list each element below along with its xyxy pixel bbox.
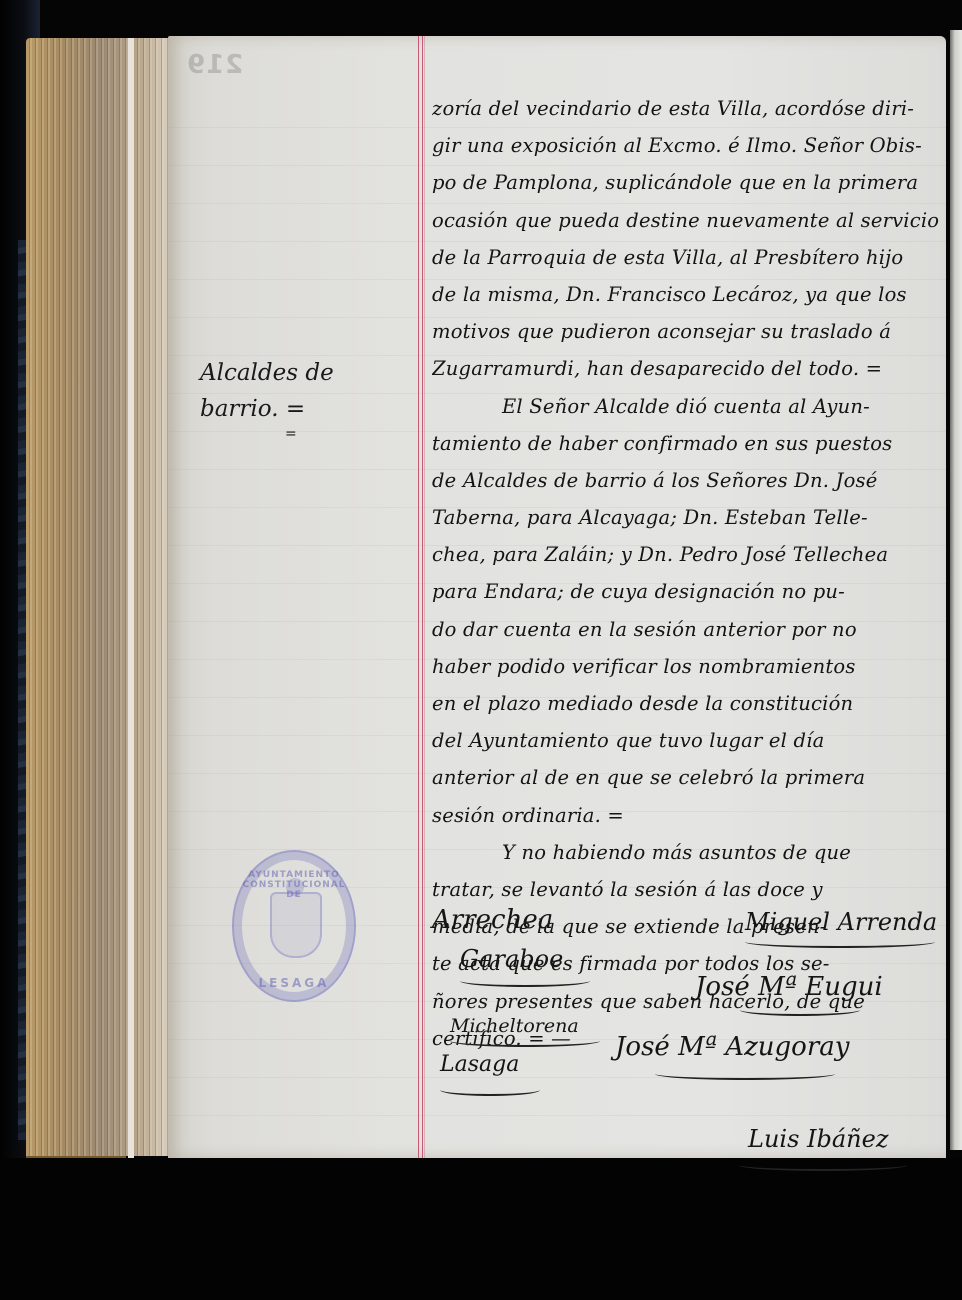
text-line-paragraph-start: Y no habiendo más asuntos de que [432, 834, 952, 871]
red-margin-rule-inner [424, 36, 425, 1158]
text-line-paragraph-start: El Señor Alcalde dió cuenta al Ayun- [432, 388, 952, 425]
text-line: tamiento de haber confirmado en sus pues… [432, 425, 952, 462]
text-line: motivos que pudieron aconsejar su trasla… [432, 313, 952, 350]
signature: Lasaga [440, 1052, 519, 1077]
signature-name: Lasaga [440, 1052, 519, 1077]
signature: Micheltorena [450, 1015, 579, 1037]
text-line: de la misma, Dn. Francisco Lecároz, ya q… [432, 276, 952, 313]
page-number-bleedthrough: 219 [186, 50, 243, 80]
text-line: de Alcaldes de barrio á los Señores Dn. … [432, 462, 952, 499]
margin-note-mark: = [200, 427, 410, 441]
text-line: anterior al de en que se celebró la prim… [432, 759, 952, 796]
signature-flourish [745, 936, 935, 948]
signature-flourish [740, 1004, 860, 1016]
text-line: po de Pamplona, suplicándole que en la p… [432, 164, 952, 201]
signature: Arrechea [432, 905, 553, 935]
text-line: haber podido verificar los nombramientos [432, 648, 952, 685]
page-edges-stack [26, 38, 168, 1156]
signature-flourish [450, 1035, 600, 1047]
text-line: chea, para Zaláin; y Dn. Pedro José Tell… [432, 536, 952, 573]
municipal-seal-stamp: AYUNTAMIENTO CONSTITUCIONAL DE LESAGA [232, 850, 356, 1002]
signature: Luis Ibáñez [748, 1125, 888, 1153]
signature-name: Micheltorena [450, 1015, 579, 1037]
signature-flourish [655, 1068, 835, 1080]
red-margin-rule [418, 36, 423, 1158]
signature-name: Luis Ibáñez [748, 1125, 888, 1153]
page-edge-gap [128, 38, 134, 1158]
signature-name: José Mª Eugui [695, 972, 883, 1002]
text-line: gir una exposición al Excmo. é Ilmo. Señ… [432, 127, 952, 164]
text-line: Taberna, para Alcayaga; Dn. Esteban Tell… [432, 499, 952, 536]
signature-name: Garaboe [460, 945, 563, 973]
signature-flourish [440, 1084, 540, 1096]
signature-name: Arrechea [432, 905, 553, 935]
text-line: do dar cuenta en la sesión anterior por … [432, 611, 952, 648]
signature-name: José Mª Azugoray [615, 1032, 849, 1062]
signature-name: Miguel Arrenda [745, 908, 937, 936]
text-line: de la Parroquia de esta Villa, al Presbí… [432, 239, 952, 276]
margin-note-line: barrio. = [200, 391, 410, 427]
text-line: ocasión que pueda destine nuevamente al … [432, 202, 952, 239]
text-line: sesión ordinaria. = [432, 797, 952, 834]
text-line: del Ayuntamiento que tuvo lugar el día [432, 722, 952, 759]
stamp-bottom-text: LESAGA [234, 976, 354, 990]
signature: José Mª Azugoray [615, 1032, 849, 1062]
text-line: tratar, se levantó la sesión á las doce … [432, 871, 952, 908]
signature-flourish [738, 1159, 908, 1171]
signature: Garaboe [460, 945, 563, 973]
text-line: zoría del vecindario de esta Villa, acor… [432, 90, 952, 127]
signature: José Mª Eugui [695, 972, 883, 1002]
signature: Miguel Arrenda [745, 908, 937, 936]
margin-note: Alcaldes de barrio. = = [200, 355, 410, 441]
text-line: para Endara; de cuya designación no pu- [432, 573, 952, 610]
text-line: Zugarramurdi, han desaparecido del todo.… [432, 350, 952, 387]
margin-note-line: Alcaldes de [200, 355, 410, 391]
signature-flourish [460, 975, 590, 987]
coat-of-arms-icon [270, 892, 322, 958]
text-line: en el plazo mediado desde la constitució… [432, 685, 952, 722]
background-shadow [0, 1158, 962, 1300]
